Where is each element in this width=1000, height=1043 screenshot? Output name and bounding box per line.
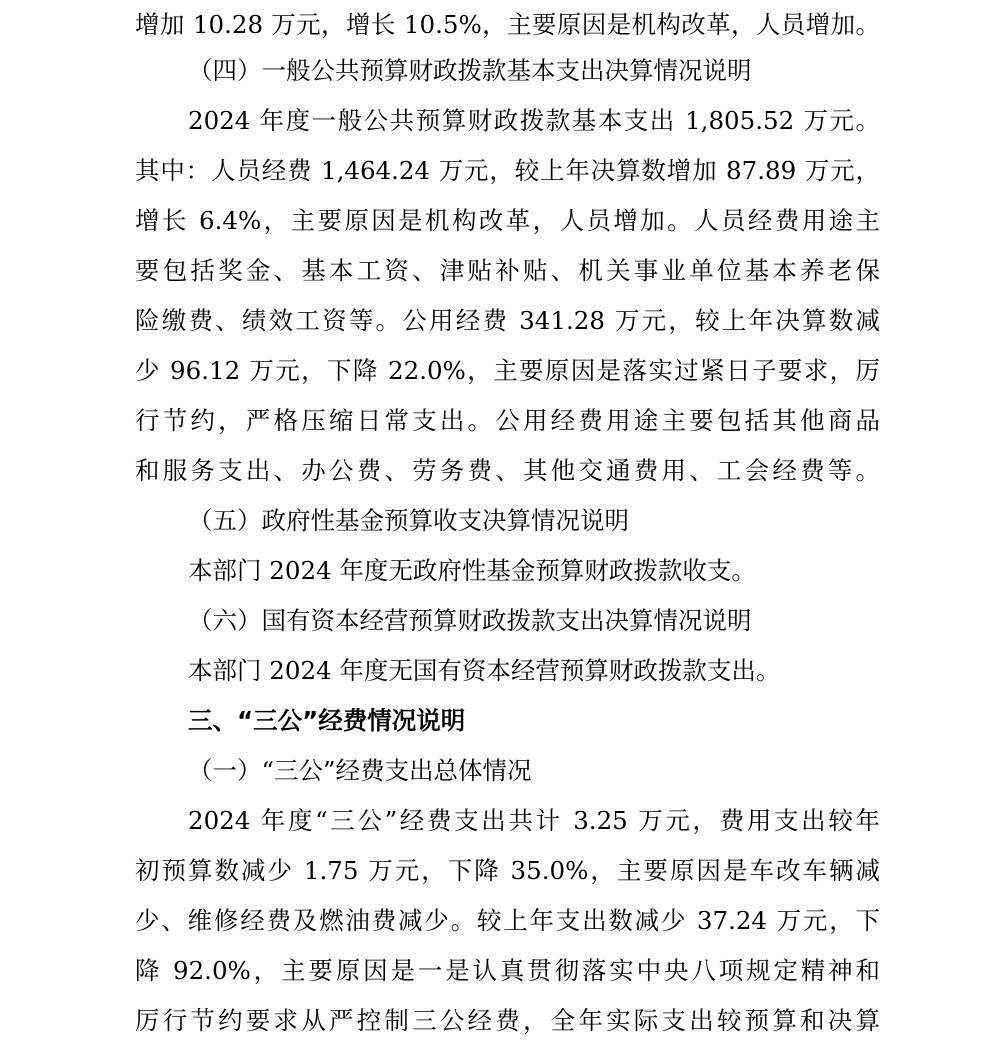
paragraph-line: 初预算数减少 1.75 万元，下降 35.0%，主要原因是车改车辆减 [135, 846, 880, 896]
paragraph-line: 少、维修经费及燃油费减少。较上年支出数减少 37.24 万元，下 [135, 896, 880, 946]
paragraph-line: 增长 6.4%，主要原因是机构改革，人员增加。人员经费用途主 [135, 196, 880, 246]
paragraph-line: 行节约，严格压缩日常支出。公用经费用途主要包括其他商品 [135, 396, 880, 446]
section-heading-3: 三、“三公”经费情况说明 [188, 696, 933, 746]
paragraph-line: 少 96.12 万元，下降 22.0%，主要原因是落实过紧日子要求，厉 [135, 346, 880, 396]
paragraph-line: 本部门 2024 年度无国有资本经营预算财政拨款支出。 [188, 646, 880, 696]
paragraph-line: 厉行节约要求从严控制三公经费，全年实际支出较预算和决算 [135, 996, 880, 1043]
section-subheading-4: （四）一般公共预算财政拨款基本支出决算情况说明 [188, 46, 933, 96]
paragraph-line: 增加 10.28 万元，增长 10.5%，主要原因是机构改革，人员增加。 [135, 0, 880, 50]
paragraph-line: 要包括奖金、基本工资、津贴补贴、机关事业单位基本养老保 [135, 246, 880, 296]
paragraph-line: 其中：人员经费 1,464.24 万元，较上年决算数增加 87.89 万元， [135, 146, 880, 196]
section-subheading-1: （一）“三公”经费支出总体情况 [188, 746, 933, 796]
paragraph-line: 和服务支出、办公费、劳务费、其他交通费用、工会经费等。 [135, 446, 880, 496]
paragraph-line: 险缴费、绩效工资等。公用经费 341.28 万元，较上年决算数减 [135, 296, 880, 346]
paragraph-line: 降 92.0%，主要原因是一是认真贯彻落实中央八项规定精神和 [135, 946, 880, 996]
paragraph-line: 2024 年度一般公共预算财政拨款基本支出 1,805.52 万元。 [188, 96, 880, 146]
paragraph-line: 2024 年度“三公”经费支出共计 3.25 万元，费用支出较年 [188, 796, 880, 846]
section-subheading-6: （六）国有资本经营预算财政拨款支出决算情况说明 [188, 596, 933, 646]
section-subheading-5: （五）政府性基金预算收支决算情况说明 [188, 496, 933, 546]
paragraph-line: 本部门 2024 年度无政府性基金预算财政拨款收支。 [188, 546, 880, 596]
